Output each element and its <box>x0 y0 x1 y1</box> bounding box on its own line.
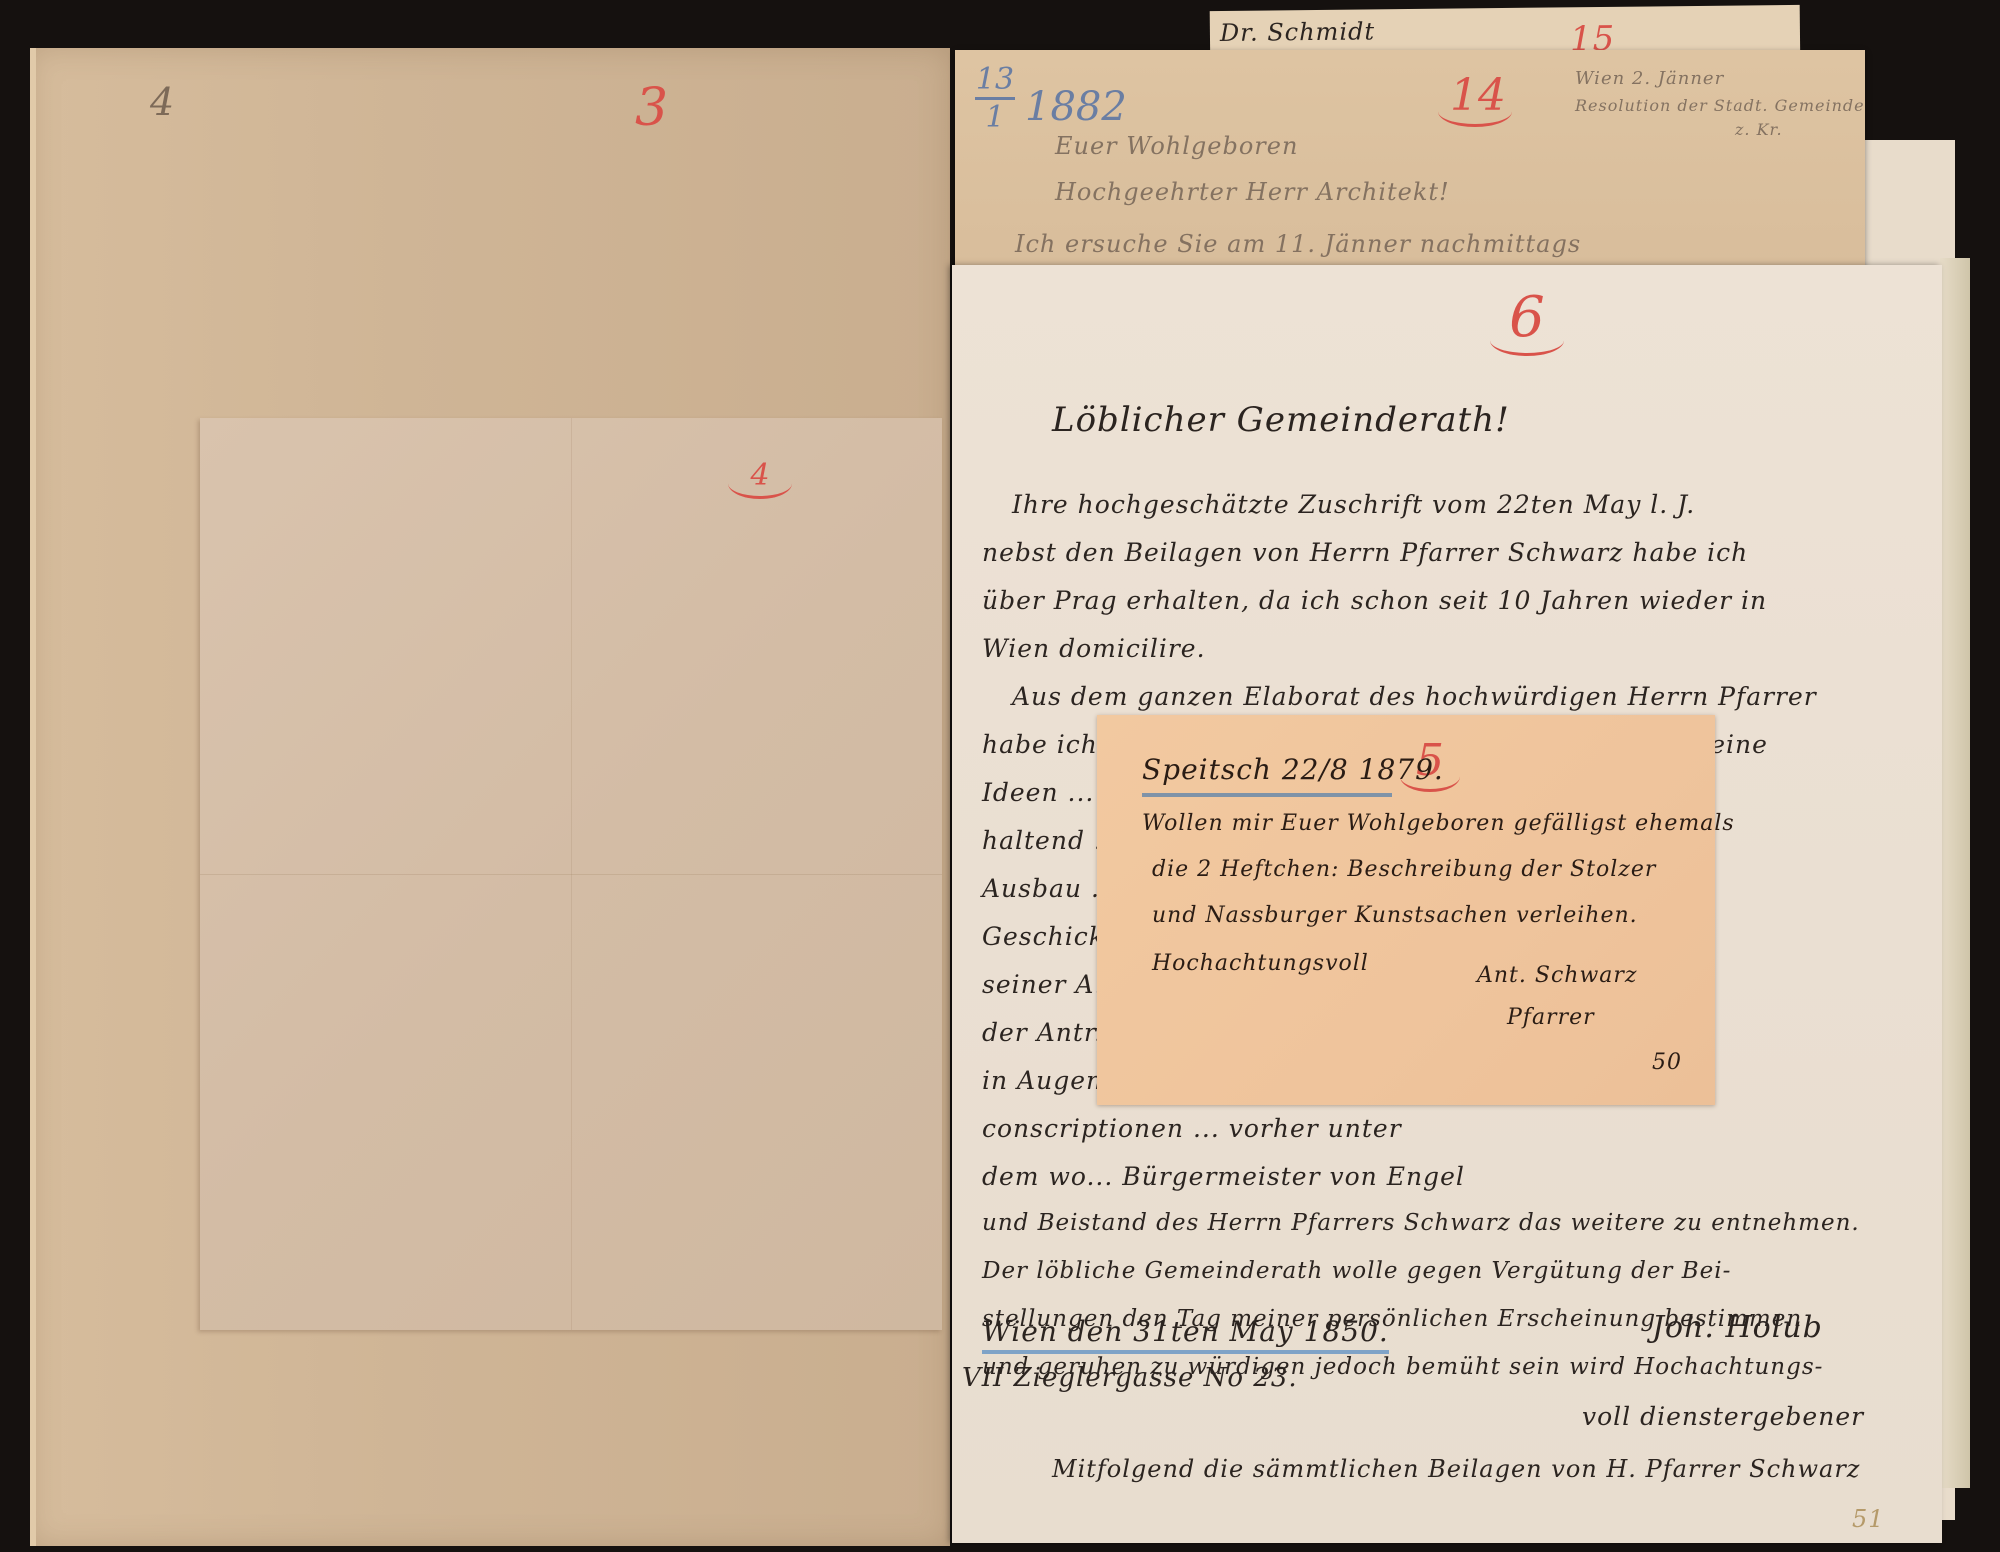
body-line: Ihre hochgeschätzte Zuschrift vom 22ten … <box>1012 490 1962 538</box>
blue-underline <box>1142 793 1392 797</box>
right-note-line: Wien 2. Jänner <box>1575 68 1724 89</box>
pencil-folio-number: 50 <box>1652 1050 1682 1075</box>
date-year: 1882 <box>1025 84 1127 130</box>
top-strip-text: Dr. Schmidt <box>1220 17 1375 47</box>
red-circled-number: 6 <box>1502 285 1552 350</box>
date-denominator: 1 <box>975 100 1015 135</box>
body-line: dem wo... Bürgermeister von Engel <box>982 1162 1932 1210</box>
card-line: und Nassburger Kunstsachen verleihen. <box>1152 903 1638 928</box>
red-folio-number: 3 <box>635 78 668 138</box>
card-heading: Speitsch 22/8 1879. <box>1142 753 1444 786</box>
place-date: Wien den 31ten May 1850. <box>982 1315 1389 1354</box>
note-card-1879: 5 Speitsch 22/8 1879. Wollen mir Euer Wo… <box>1097 715 1715 1105</box>
body-line: nebst den Beilagen von Herrn Pfarrer Sch… <box>982 538 1932 586</box>
date-numerator: 13 <box>975 62 1015 100</box>
pencil-folio-number: 51 <box>1852 1505 1885 1533</box>
red-circled-number: 4 <box>740 458 780 493</box>
salutation: Löblicher Gemeinderath! <box>1052 400 1510 440</box>
body-line: voll dienstergebener <box>1582 1402 2000 1450</box>
date-fraction: 13 1 <box>975 62 1015 135</box>
body-line: und Beistand des Herrn Pfarrers Schwarz … <box>982 1210 1932 1258</box>
address: VII Zieglergasse No 23. <box>962 1363 1298 1393</box>
body-line: Der löbliche Gemeinderath wolle gegen Ve… <box>982 1258 1932 1306</box>
faint-letter-line: Hochgeehrter Herr Architekt! <box>1055 178 1450 206</box>
right-note-line: z. Kr. <box>1735 120 1783 139</box>
card-line: Wollen mir Euer Wohlgeboren gefälligst e… <box>1142 811 1735 836</box>
card-line: die 2 Heftchen: Beschreibung der Stolzer <box>1152 857 1656 882</box>
fold-line-vertical <box>571 418 572 1330</box>
pencil-folio-number: 4 <box>150 80 174 124</box>
body-line: conscriptionen ... vorher unter <box>982 1114 1932 1162</box>
red-circled-number: 14 <box>1450 70 1500 121</box>
faint-letter-line: Ich ersuche Sie am 11. Jänner nachmittag… <box>1015 230 1581 258</box>
body-line: über Prag erhalten, da ich schon seit 10… <box>982 586 1932 634</box>
card-line: Hochachtungsvoll <box>1152 951 1369 976</box>
back-letter-1882: 13 1 1882 14 Wien 2. Jänner Resolution d… <box>955 50 1865 280</box>
card-signature-title: Pfarrer <box>1507 1005 1595 1030</box>
postscript: Mitfolgend die sämmtlichen Beilagen von … <box>1052 1455 1860 1483</box>
back-sheet-curled-edge <box>1940 258 1970 1488</box>
signature: Joh. Holub <box>1652 1310 1823 1345</box>
inner-folded-sheet: 4 <box>200 418 942 1330</box>
card-signature-name: Ant. Schwarz <box>1477 963 1638 988</box>
folder-edge <box>30 48 36 1546</box>
body-line: Wien domicilire. <box>982 634 1932 682</box>
right-note-line: Resolution der Stadt. Gemeinde <box>1575 96 1865 115</box>
faint-letter-line: Euer Wohlgeboren <box>1055 132 1298 160</box>
